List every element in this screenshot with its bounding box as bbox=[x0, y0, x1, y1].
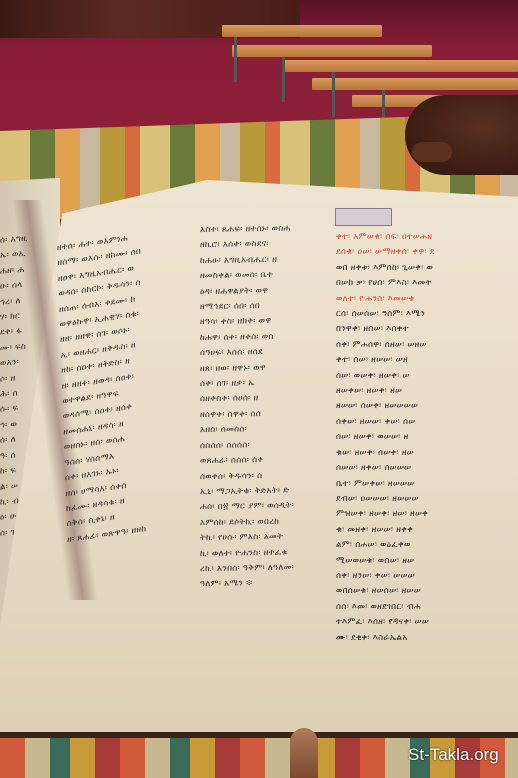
manuscript-line: ሰሠ፡ ዘሠቀ፡ ወሠሠ፡ ዘ bbox=[336, 430, 496, 445]
watermark: St-Takla.org bbox=[408, 745, 499, 765]
manuscript-line: ሙ፡ ደቂቀ፡ እስራኤልአ bbox=[336, 631, 496, 646]
thumb bbox=[412, 142, 452, 162]
pew-leg bbox=[282, 57, 285, 102]
text-column-3: ቀተ፡ አምሠቁ፡ ሰፍ፡ ዐተሠሐዘደሰቁ፡ ዐሠ፡ ሠማዘቀሰ፡ ቀዋ፡ ደ… bbox=[336, 230, 496, 646]
manuscript-line: ዘሠሠ፡ ሰሠቀ፡ ዘሠሠሠሠ bbox=[336, 399, 496, 414]
manuscript-line: በሠከ ቃ፡ የሀሰ፡ ምእስ፡ እመት bbox=[336, 276, 496, 291]
manuscript-line: ርሰ፡ ሰሠሰሠ፡ ዓሰም፡ እሜን bbox=[336, 307, 496, 322]
manuscript-line: ተእምፈ፡ እሰዘ፡ የዳናቀ፡ ሠሠ bbox=[336, 615, 496, 630]
finger-bottom bbox=[290, 728, 318, 778]
manuscript-line: ሰ፡ ገ bbox=[0, 523, 45, 542]
photo-scene: ሰ፡ እግዚኤ፡ ወኢሐዘ፡ ሐዑ፡ ሰላኅረ፡ ለሃ፡ ክርደቀ፡ ፋሙ፡ ፍ… bbox=[0, 0, 518, 778]
hand-top-right bbox=[405, 95, 518, 175]
manuscript-line: ሰሰ፡ እመ፡ ወዘደገበር፡ ብሐ bbox=[336, 600, 496, 615]
manuscript-line: ልም፡ ሰሐሠ፡ ወዕፈቀወ bbox=[336, 538, 496, 553]
manuscript-line: ወበሰሠቁ፡ ዘሠሰሠ፡ ዘሠሠ bbox=[336, 584, 496, 599]
manuscript-line: ሰቀ፡ ዘንሠ፡ ቀሠ፡ ሠሠሠ bbox=[336, 569, 496, 584]
manuscript-line: ሰሠሠ፡ ዘቀሠ፡ ሰሠሠሠ bbox=[336, 461, 496, 476]
manuscript-line: ምዝሠቀ፡ ዘሠቀ፡ ዘሠ፡ ዘሠቀ bbox=[336, 507, 496, 522]
manuscript-line: ቤተ፡ ምሠቀሠ፡ ዘሠሠሠ bbox=[336, 477, 496, 492]
pew bbox=[232, 45, 432, 57]
manuscript-line: ደሰቁ፡ ዐሠ፡ ሠማዘቀሰ፡ ቀዋ፡ ደ bbox=[336, 245, 496, 260]
pew bbox=[222, 25, 382, 37]
pew-leg bbox=[332, 72, 335, 117]
manuscript-line: ሰሠ፡ ወሠቀ፡ ዘሠቀ፡ ሠ bbox=[336, 369, 496, 384]
manuscript-line: ሰቀሠ፡ ዘሠሠ፡ ቀሠ፡ ሰሠ bbox=[336, 415, 496, 430]
text-column-1: ዘተሰ፡ ሐተ፡ ወእምነሐዘሰማ፡ ወእሱ፡ ዘከሙ፡ ሰበዘዐዋ፡ እግዚአ… bbox=[57, 224, 193, 548]
manuscript-line: ቀተ፡ አምሠቁ፡ ሰፍ፡ ዐተሠሐዘ bbox=[336, 230, 496, 245]
manuscript-line: ዓለም፡ አሜን ፨ bbox=[200, 575, 330, 593]
manuscript-line: ዘሠቀሠ፡ ዘሠቀ፡ ዘሠ bbox=[336, 384, 496, 399]
text-column-0: ሰ፡ እግዚኤ፡ ወኢሐዘ፡ ሐዑ፡ ሰላኅረ፡ ለሃ፡ ክርደቀ፡ ፋሙ፡ ፍ… bbox=[0, 230, 45, 541]
manuscript-line: ሚሠወሠቁ፡ ወሰሠ፡ ዘሠ bbox=[336, 554, 496, 569]
illuminated-header bbox=[335, 208, 392, 226]
manuscript-line: ቁ፡ መዘቀ፡ ዘሠሠ፡ ዘቀቀ bbox=[336, 523, 496, 538]
pew bbox=[312, 78, 518, 90]
manuscript-line: ቀተ፡ ሰሠ፡ ዘሠሠ፡ ሠዘ bbox=[336, 353, 496, 368]
manuscript-line: ወበ ዘቀቱ፡ እምሰከ፡ ጊሠቀ፡ ወ bbox=[336, 261, 496, 276]
manuscript-line: ወለተ፡ ዮሐንስ፡ እመሠቁ bbox=[336, 292, 496, 307]
pew bbox=[282, 60, 518, 72]
manuscript-line: በንዋቀ፡ ዘሰሠ፡ እሰቀተ bbox=[336, 322, 496, 337]
text-column-2: እስተ፡ ጸሐፍ፡ ዘተሰኑ፡ ወስሐዘኪሮ፡ እሰቀ፡ ወስደና፡ከሐሁ፡ እ… bbox=[200, 221, 330, 593]
manuscript-line: ቁሠ፡ ዘሠቀ፡ ሰሠቀ፡ ዘሠ bbox=[336, 446, 496, 461]
pew-leg bbox=[234, 37, 237, 82]
manuscript-line: ሰቀ፡ ምሐሰዋ፡ ሰዘሠ፡ ሠዘሠ bbox=[336, 338, 496, 353]
manuscript-line: ደብሠ፡ ዐሠሠሠ፡ ዘሠሠሠ bbox=[336, 492, 496, 507]
